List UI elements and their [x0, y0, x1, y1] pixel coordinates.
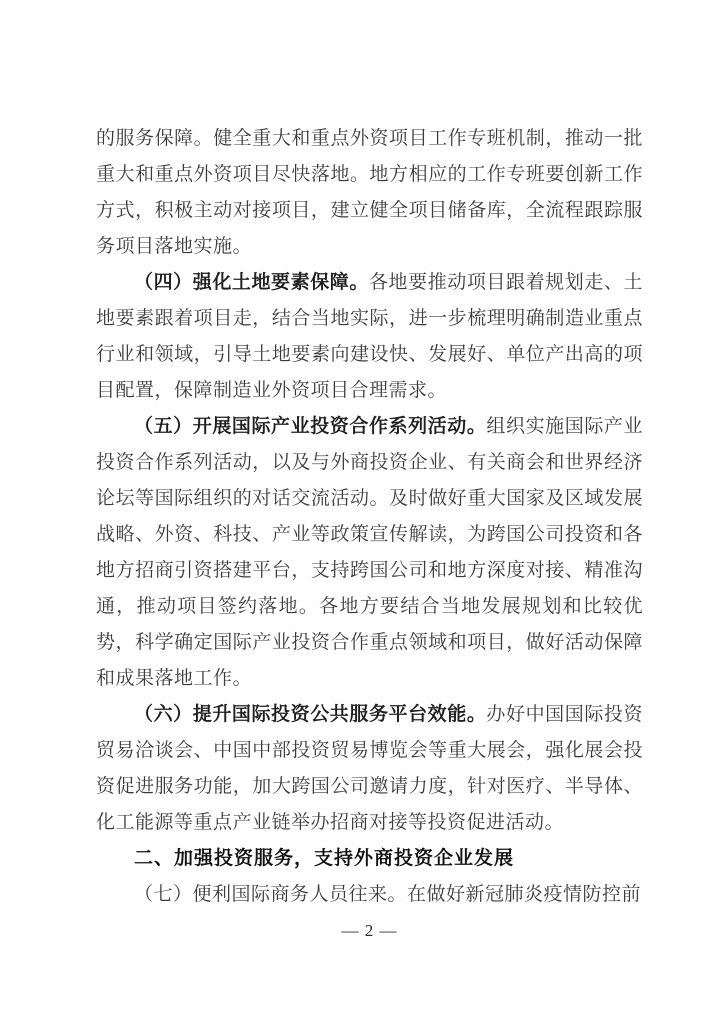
- document-body: 的服务保障。健全重大和重点外资项目工作专班机制，推动一批重大和重点外资项目尽快落…: [96, 121, 643, 948]
- paragraph-item-6-lead: （六）提升国际投资公共服务平台效能。: [134, 704, 486, 725]
- paragraph-item-7-lead: （七）便利国际商务人员往来。: [134, 884, 407, 905]
- paragraph-item-4: （四）强化土地要素保障。各地要推动项目跟着规划走、土地要素跟着项目走，结合当地实…: [96, 265, 643, 409]
- page-number: — 2 —: [96, 914, 643, 948]
- document-page: 的服务保障。健全重大和重点外资项目工作专班机制，推动一批重大和重点外资项目尽快落…: [0, 0, 724, 1024]
- paragraph-item-5-text: 组织实施国际产业投资合作系列活动，以及与外商投资企业、有关商会和世界经济论坛等国…: [96, 416, 643, 689]
- paragraph-continuation-text: 的服务保障。健全重大和重点外资项目工作专班机制，推动一批重大和重点外资项目尽快落…: [96, 128, 643, 257]
- paragraph-item-6: （六）提升国际投资公共服务平台效能。办好中国国际投资贸易洽谈会、中国中部投资贸易…: [96, 697, 643, 841]
- paragraph-item-5-lead: （五）开展国际产业投资合作系列活动。: [134, 416, 486, 437]
- section-heading: 二、加强投资服务，支持外商投资企业发展: [96, 841, 643, 877]
- paragraph-continuation: 的服务保障。健全重大和重点外资项目工作专班机制，推动一批重大和重点外资项目尽快落…: [96, 121, 643, 265]
- paragraph-item-7-text: 在做好新冠肺炎疫情防控前: [407, 884, 641, 905]
- paragraph-item-4-lead: （四）强化土地要素保障。: [134, 272, 369, 293]
- paragraph-item-5: （五）开展国际产业投资合作系列活动。组织实施国际产业投资合作系列活动，以及与外商…: [96, 409, 643, 697]
- paragraph-item-7: （七）便利国际商务人员往来。在做好新冠肺炎疫情防控前: [96, 877, 643, 913]
